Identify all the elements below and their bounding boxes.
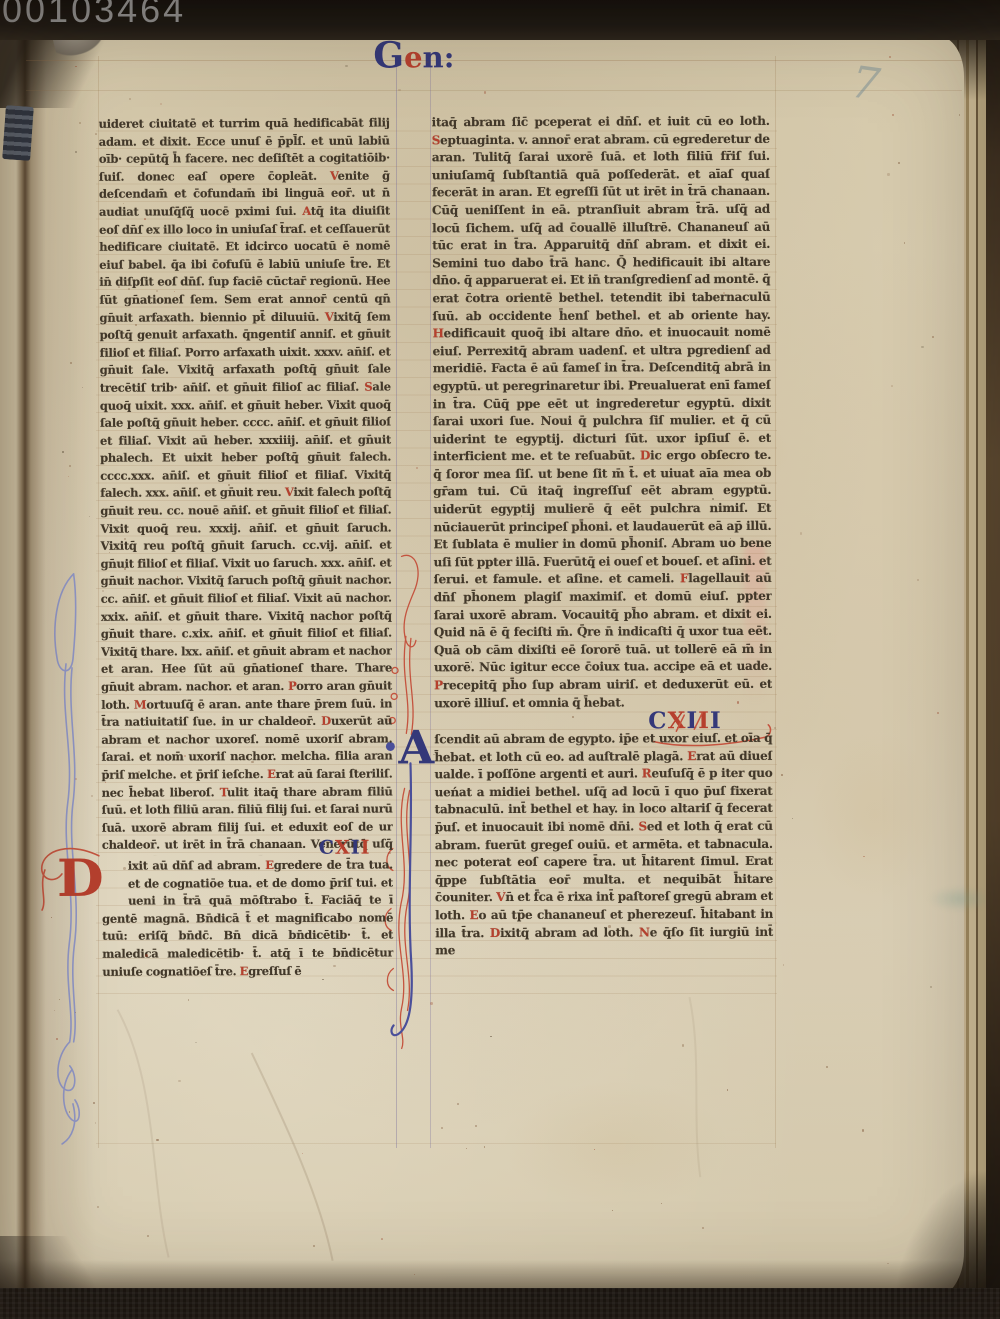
chapter-marker-cxii: CXII [319, 837, 371, 859]
text-column-left-chapter12: ixit aū dn̄ſ ad abram. Egredere de t̄ra … [102, 856, 394, 989]
text-column-right: itaq̄ abram ſic̄ pceperat ei dn̄ſ. et iu… [432, 113, 773, 730]
chapter12-text: ixit aū dn̄ſ ad abram. Egredere de t̄ra … [102, 857, 393, 978]
chapter-initial-a: A [398, 724, 434, 770]
text-block: Gen: 7 [0, 0, 1000, 1319]
photo-frame-bottom-cloth [0, 1288, 1000, 1319]
running-title: Gen: [373, 34, 454, 76]
chapter-initial-d: D [57, 852, 104, 904]
photo-frame-top: 00103464 [0, 0, 1000, 40]
drop-cap-spacer [102, 858, 128, 894]
book-right-edge [986, 0, 1000, 1319]
manuscript-photo: Gen: 7 [0, 0, 1000, 1319]
text-column-right-chapter13: ſcendit aū abram de egypto. ip̄e et uxor… [434, 730, 773, 989]
catalog-number: 00103464 [2, 0, 186, 31]
text-column-left: uideret ciuitatē et turrim quā hedificab… [99, 114, 393, 855]
folio-number: 7 [848, 57, 883, 111]
page-bottom-fold-shadow [0, 1260, 964, 1290]
